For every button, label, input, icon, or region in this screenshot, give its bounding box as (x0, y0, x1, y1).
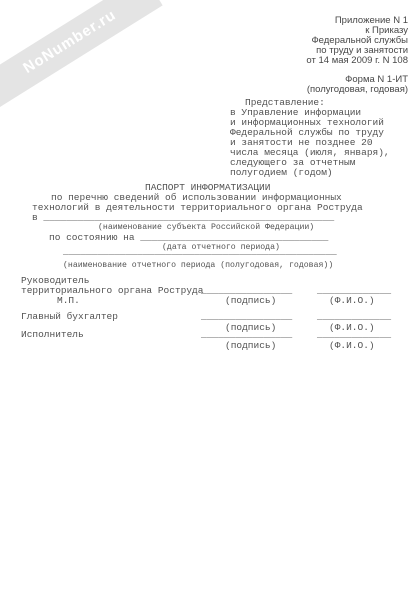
signature-accountant-sign-line: ________________ (201, 312, 292, 322)
signature-head-name-caption: (Ф.И.О.) (329, 296, 375, 306)
region-prefix: в (32, 212, 43, 223)
signature-executor-sign-line: ________________ (201, 330, 292, 340)
document-page: NoNumber.ru Приложение N 1 к Приказу Фед… (0, 0, 420, 600)
appendix-line: от 14 мая 2009 г. N 108 (306, 56, 408, 66)
period-blank-line: ________________________________________… (63, 247, 337, 257)
watermark-text: NoNumber.ru (20, 6, 119, 77)
signature-head-label-line2: территориального органа Роструда (21, 286, 203, 296)
form-designation: Форма N 1-ИТ (полугодовая, годовая) (307, 75, 408, 95)
signature-head-sign-caption: (подпись) (225, 296, 276, 306)
form-periodicity: (полугодовая, годовая) (307, 85, 408, 95)
signature-executor-name-line: _____________ (317, 330, 391, 340)
report-date-field: по состоянию на ________________________… (49, 233, 328, 243)
submission-note: Представление: в Управление информации и… (230, 98, 390, 178)
stamp-placeholder: М.П. (57, 296, 80, 306)
report-date-blank-line: _________________________________ (140, 232, 328, 243)
appendix-reference: Приложение N 1 к Приказу Федеральной слу… (306, 16, 408, 66)
region-blank-line: ________________________________________… (43, 212, 334, 223)
signature-executor-label: Исполнитель (21, 330, 84, 340)
submission-line: полугодием (годом) (230, 168, 390, 178)
signature-accountant-name-line: _____________ (317, 312, 391, 322)
watermark-band: NoNumber.ru (0, 0, 163, 109)
signature-executor-name-caption: (Ф.И.О.) (329, 341, 375, 351)
report-date-prefix: по состоянию на (49, 232, 140, 243)
region-field: в ______________________________________… (32, 213, 334, 223)
signature-accountant-label: Главный бухгалтер (21, 312, 118, 322)
signature-executor-sign-caption: (подпись) (225, 341, 276, 351)
period-caption: (наименование отчетного периода (полугод… (63, 261, 333, 271)
